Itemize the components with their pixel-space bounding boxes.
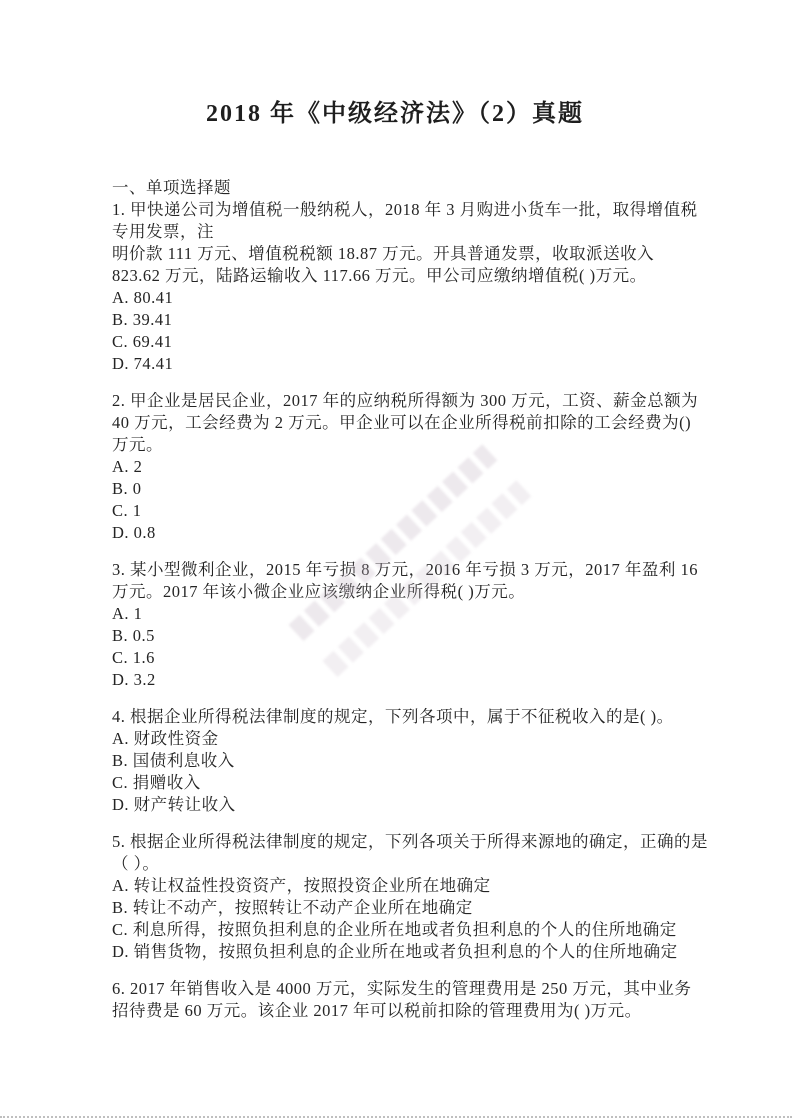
question-2-option: D. 0.8: [112, 522, 678, 544]
question-1-option: C. 69.41: [112, 331, 678, 353]
question-2-stem-line: 40 万元，工会经费为 2 万元。甲企业可以在企业所得税前扣除的工会经费为(): [112, 412, 678, 434]
question-2-option: A. 2: [112, 456, 678, 478]
question-4-option: A. 财政性资金: [112, 728, 678, 750]
question-6-stem-line: 招待费是 60 万元。该企业 2017 年可以税前扣除的管理费用为( )万元。: [112, 1000, 678, 1022]
question-3-stem-line: 3. 某小型微利企业，2015 年亏损 8 万元，2016 年亏损 3 万元，2…: [112, 559, 678, 581]
question-1: 1. 甲快递公司为增值税一般纳税人，2018 年 3 月购进小货车一批，取得增值…: [112, 199, 678, 375]
question-1-option: D. 74.41: [112, 353, 678, 375]
question-1-option: B. 39.41: [112, 309, 678, 331]
question-3-option: B. 0.5: [112, 625, 678, 647]
page-content: 2018 年《中级经济法》（2）真题 一、单项选择题 1. 甲快递公司为增值税一…: [112, 0, 678, 1022]
section-header: 一、单项选择题: [112, 177, 678, 199]
question-1-option: A. 80.41: [112, 287, 678, 309]
question-2-option: B. 0: [112, 478, 678, 500]
question-5: 5. 根据企业所得税法律制度的规定，下列各项关于所得来源地的确定，正确的是（ ）…: [112, 831, 678, 963]
question-4-stem-line: 4. 根据企业所得税法律制度的规定，下列各项中，属于不征税收入的是( )。: [112, 706, 678, 728]
question-3-option: C. 1.6: [112, 647, 678, 669]
questions-list: 1. 甲快递公司为增值税一般纳税人，2018 年 3 月购进小货车一批，取得增值…: [112, 199, 678, 1022]
question-1-stem-line: 专用发票，注: [112, 221, 678, 243]
question-3-stem-line: 万元。2017 年该小微企业应该缴纳企业所得税( )万元。: [112, 581, 678, 603]
question-2: 2. 甲企业是居民企业，2017 年的应纳税所得额为 300 万元，工资、薪金总…: [112, 390, 678, 544]
document-page: 2018 年《中级经济法》（2）真题 一、单项选择题 1. 甲快递公司为增值税一…: [0, 0, 792, 1119]
question-3: 3. 某小型微利企业，2015 年亏损 8 万元，2016 年亏损 3 万元，2…: [112, 559, 678, 691]
question-5-stem-line: （ ）。: [112, 853, 678, 875]
question-5-option: A. 转让权益性投资资产，按照投资企业所在地确定: [112, 875, 678, 897]
question-4: 4. 根据企业所得税法律制度的规定，下列各项中，属于不征税收入的是( )。A. …: [112, 706, 678, 816]
question-6: 6. 2017 年销售收入是 4000 万元，实际发生的管理费用是 250 万元…: [112, 978, 678, 1022]
question-3-option: A. 1: [112, 603, 678, 625]
question-5-option: B. 转让不动产，按照转让不动产企业所在地确定: [112, 897, 678, 919]
question-4-option: C. 捐赠收入: [112, 772, 678, 794]
question-1-stem-line: 823.62 万元，陆路运输收入 117.66 万元。甲公司应缴纳增值税( )万…: [112, 265, 678, 287]
question-2-stem-line: 2. 甲企业是居民企业，2017 年的应纳税所得额为 300 万元，工资、薪金总…: [112, 390, 678, 412]
question-5-option: D. 销售货物，按照负担利息的企业所在地或者负担利息的个人的住所地确定: [112, 941, 678, 963]
question-2-option: C. 1: [112, 500, 678, 522]
question-5-option: C. 利息所得，按照负担利息的企业所在地或者负担利息的个人的住所地确定: [112, 919, 678, 941]
question-1-stem-line: 明价款 111 万元、增值税税额 18.87 万元。开具普通发票，收取派送收入: [112, 243, 678, 265]
question-4-option: D. 财产转让收入: [112, 794, 678, 816]
question-1-stem-line: 1. 甲快递公司为增值税一般纳税人，2018 年 3 月购进小货车一批，取得增值…: [112, 199, 678, 221]
document-title: 2018 年《中级经济法》（2）真题: [112, 97, 678, 131]
question-2-stem-line: 万元。: [112, 434, 678, 456]
question-3-option: D. 3.2: [112, 669, 678, 691]
question-6-stem-line: 6. 2017 年销售收入是 4000 万元，实际发生的管理费用是 250 万元…: [112, 978, 678, 1000]
page-break-divider: [0, 1116, 792, 1118]
question-5-stem-line: 5. 根据企业所得税法律制度的规定，下列各项关于所得来源地的确定，正确的是: [112, 831, 678, 853]
question-4-option: B. 国债利息收入: [112, 750, 678, 772]
